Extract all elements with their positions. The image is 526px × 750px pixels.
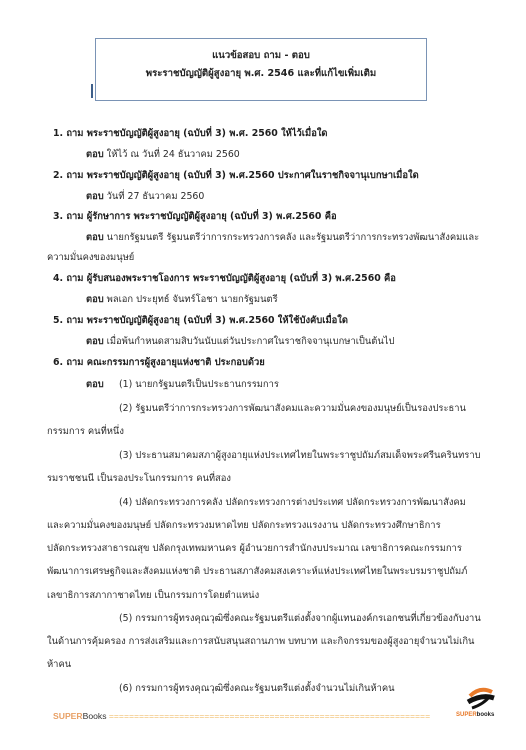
answer-4: ตอบ พลเอก ประยุทธ์ จันทร์โอชา นายกรัฐมนต… [86, 292, 278, 307]
question-5: 5. ถาม พระราชบัญญัติผู้สูงอายุ (ฉบับที่ … [53, 313, 348, 328]
answer-3: ตอบ นายกรัฐมนตรี รัฐมนตรีว่าการกระทรวงกา… [86, 230, 479, 245]
answer-label: ตอบ [86, 294, 104, 305]
answer-text: ให้ไว้ ณ วันที่ 24 ธันวาคม 2560 [107, 149, 240, 160]
answer-6-item-4-cont-2: ปลัดกระทรวงสาธารณสุข ปลัดกรุงเทพมหานคร ผ… [47, 541, 462, 556]
answer-6-item-4: (4) ปลัดกระทรวงการคลัง ปลัดกระทรวงการต่า… [119, 495, 466, 510]
answer-6-item-6: (6) กรรมการผู้ทรงคุณวุฒิซึ่งคณะรัฐมนตรีแ… [119, 681, 395, 696]
answer-label: ตอบ [86, 149, 104, 160]
answer-label: ตอบ [86, 377, 104, 392]
answer-6-item-4-cont-3: พัฒนาการเศรษฐกิจและสังคมแห่งชาติ ประธานส… [47, 564, 467, 579]
question-4: 4. ถาม ผู้รับสนองพระราชโองการ พระราชบัญญ… [53, 271, 396, 286]
answer-6-item-2-cont: กรรมการ คนที่หนึ่ง [47, 424, 124, 439]
question-1: 1. ถาม พระราชบัญญัติผู้สูงอายุ (ฉบับที่ … [53, 126, 327, 141]
answer-2: ตอบ วันที่ 27 ธันวาคม 2560 [86, 189, 204, 204]
answer-6-item-2: (2) รัฐมนตรีว่าการกระทรวงการพัฒนาสังคมแล… [119, 401, 466, 416]
footer-rule: ========================================… [109, 711, 430, 721]
answer-5: ตอบ เมื่อพ้นกำหนดสามสิบวันนับแต่วันประกา… [86, 334, 394, 349]
answer-6-item-1: (1) นายกรัฐมนตรีเป็นประธานกรรมการ [119, 377, 279, 392]
logo-text: SUPERbooks [456, 712, 494, 718]
answer-label: ตอบ [86, 191, 104, 202]
answer-1: ตอบ ให้ไว้ ณ วันที่ 24 ธันวาคม 2560 [86, 147, 240, 162]
swirl-logo-icon [456, 686, 506, 714]
answer-label: ตอบ [86, 232, 104, 243]
answer-3-continued: ความมั่นคงของมนุษย์ [47, 250, 134, 265]
brand-books-text: Books [83, 711, 107, 721]
document-title: แนวข้อสอบ ถาม - ตอบ [96, 48, 426, 63]
answer-text: พลเอก ประยุทธ์ จันทร์โอชา นายกรัฐมนตรี [107, 294, 278, 305]
question-6: 6. ถาม คณะกรรมการผู้สูงอายุแห่งชาติ ประก… [53, 355, 265, 370]
answer-6-item-5: (5) กรรมการผู้ทรงคุณวุฒิซึ่งคณะรัฐมนตรีแ… [119, 611, 481, 626]
answer-6-item-4-cont-1: และความมั่นคงของมนุษย์ ปลัดกระทรวงมหาดไท… [47, 518, 441, 533]
answer-6-item-4-cont-4: เลขาธิการสภากาชาดไทย เป็นกรรมการโดยตำแหน… [47, 588, 259, 603]
answer-6-item-5-cont-1: ในด้านการคุ้มครอง การส่งเสริมและการสนับส… [47, 634, 474, 649]
document-subtitle: พระราชบัญญัติผู้สูงอายุ พ.ศ. 2546 และที่… [96, 66, 426, 81]
logo-books-text: books [477, 712, 495, 718]
answer-text: วันที่ 27 ธันวาคม 2560 [107, 191, 205, 202]
answer-6-item-3-cont: รมราชชนนี เป็นรองประโนกรรมการ คนที่สอง [47, 471, 231, 486]
text-cursor [91, 84, 93, 98]
answer-text: นายกรัฐมนตรี รัฐมนตรีว่าการกระทรวงการคลั… [107, 232, 479, 243]
question-2: 2. ถาม พระราชบัญญัติผู้สูงอายุ (ฉบับที่ … [53, 168, 419, 183]
brand-super-text: SUPER [53, 711, 83, 721]
logo-super-text: SUPER [456, 712, 477, 718]
answer-6-item-5-cont-2: ห้าคน [47, 657, 71, 672]
answer-6-item-3: (3) ประธานสมาคมสภาผู้สูงอายุแห่งประเทศไท… [119, 448, 481, 463]
footer-brand: SUPERBooks =============================… [53, 711, 430, 721]
superbooks-logo: SUPERbooks [456, 686, 506, 726]
title-box: แนวข้อสอบ ถาม - ตอบ พระราชบัญญัติผู้สูงอ… [95, 38, 427, 101]
answer-label: ตอบ [86, 336, 104, 347]
answer-text: เมื่อพ้นกำหนดสามสิบวันนับแต่วันประกาศในร… [107, 336, 395, 347]
question-3: 3. ถาม ผู้รักษาการ พระราชบัญญัติผู้สูงอา… [53, 209, 337, 224]
